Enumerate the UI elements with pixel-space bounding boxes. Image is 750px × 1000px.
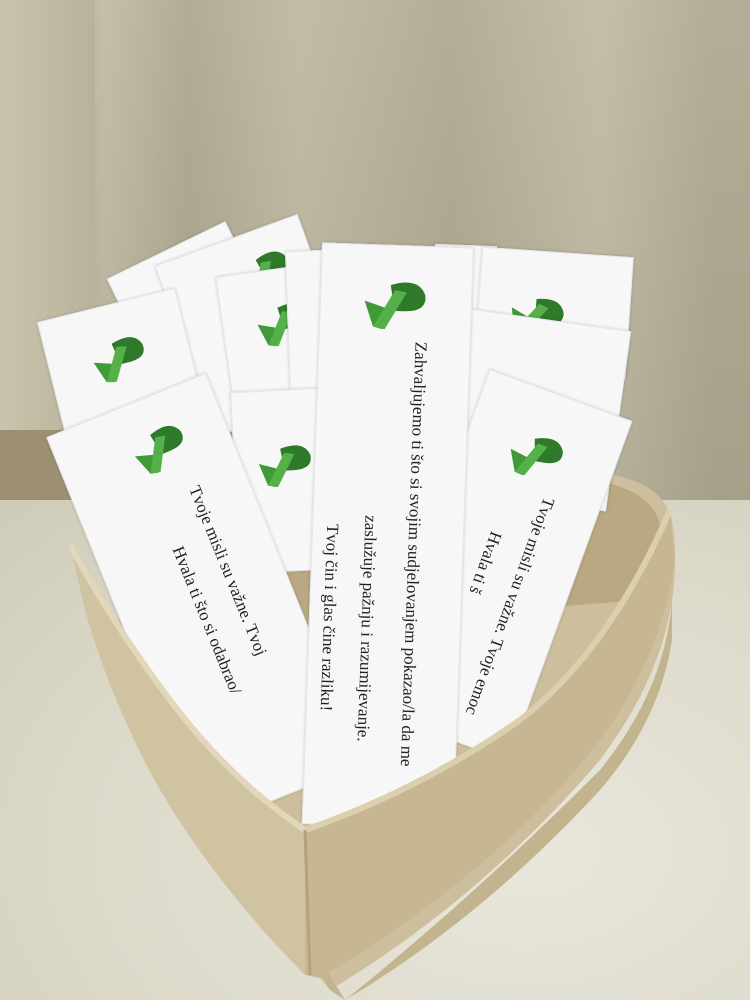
heart-box-front <box>0 0 750 1000</box>
